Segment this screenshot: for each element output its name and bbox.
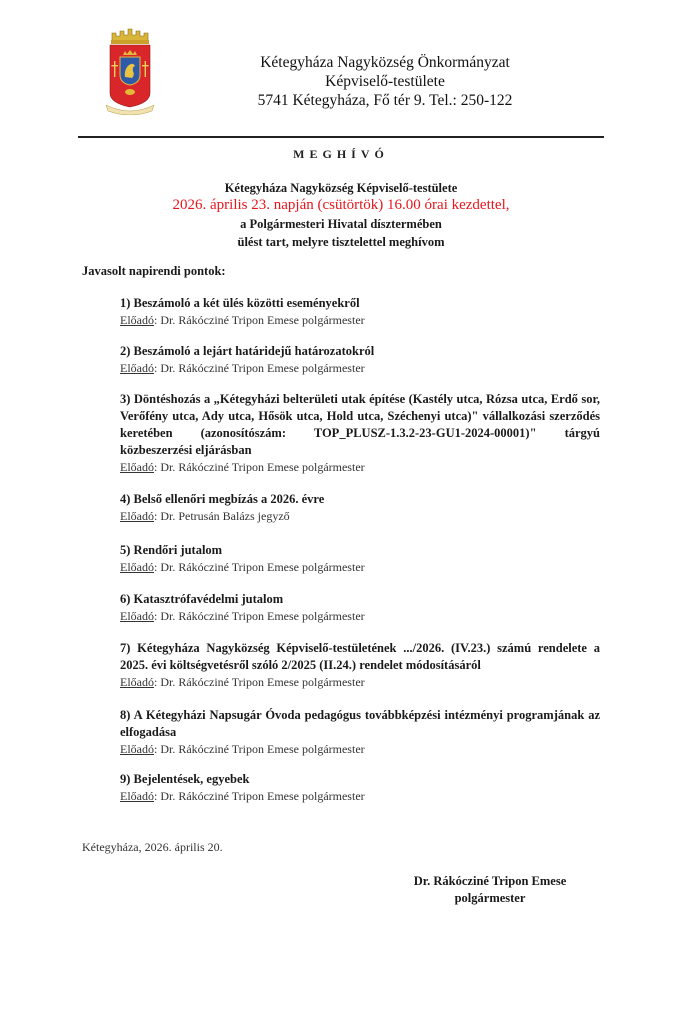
place-and-date: Kétegyháza, 2026. április 20.	[82, 840, 223, 855]
agenda-heading: Javasolt napirendi pontok:	[82, 264, 226, 279]
agenda-item-presenter: Előadó: Dr. Petrusán Balázs jegyző	[120, 508, 600, 524]
agenda-item-title: 7) Kétegyháza Nagyközség Képviselő-testü…	[120, 640, 600, 674]
signer-name: Dr. Rákócziné Tripon Emese	[380, 873, 600, 890]
agenda-item-presenter: Előadó: Dr. Rákócziné Tripon Emese polgá…	[120, 559, 600, 575]
agenda-item-title: 6) Katasztrófavédelmi jutalom	[120, 591, 600, 608]
agenda-item: 5) Rendőri jutalom Előadó: Dr. Rákócziné…	[120, 542, 600, 575]
agenda-item-presenter: Előadó: Dr. Rákócziné Tripon Emese polgá…	[120, 312, 600, 328]
invitation-line-1: Kétegyháza Nagyközség Képviselő-testület…	[100, 179, 582, 197]
agenda-item-presenter: Előadó: Dr. Rákócziné Tripon Emese polgá…	[120, 459, 600, 475]
org-address: 5741 Kétegyháza, Fő tér 9. Tel.: 250-122	[200, 91, 570, 111]
coat-of-arms-icon	[104, 27, 156, 115]
agenda-item: 8) A Kétegyházi Napsugár Óvoda pedagógus…	[120, 707, 600, 757]
org-body: Képviselő-testülete	[200, 72, 570, 92]
signature-block: Dr. Rákócziné Tripon Emese polgármester	[380, 873, 600, 907]
agenda-item: 7) Kétegyháza Nagyközség Képviselő-testü…	[120, 640, 600, 690]
agenda-item-title: 1) Beszámoló a két ülés közötti eseménye…	[120, 295, 600, 312]
agenda-item: 9) Bejelentések, egyebek Előadó: Dr. Rák…	[120, 771, 600, 804]
invitation-line-4: ülést tart, melyre tisztelettel meghívom	[100, 233, 582, 251]
agenda-item: 6) Katasztrófavédelmi jutalom Előadó: Dr…	[120, 591, 600, 624]
agenda-item: 1) Beszámoló a két ülés közötti eseménye…	[120, 295, 600, 328]
agenda-item: 3) Döntéshozás a „Kétegyházi belterületi…	[120, 391, 600, 475]
agenda-item-presenter: Előadó: Dr. Rákócziné Tripon Emese polgá…	[120, 741, 600, 757]
header-divider	[78, 136, 604, 138]
invitation-location: a Polgármesteri Hivatal dísztermében	[100, 215, 582, 233]
agenda-item-title: 3) Döntéshozás a „Kétegyházi belterületi…	[120, 391, 600, 459]
agenda-item: 2) Beszámoló a lejárt határidejű határoz…	[120, 343, 600, 376]
agenda-item-title: 8) A Kétegyházi Napsugár Óvoda pedagógus…	[120, 707, 600, 741]
agenda-item-presenter: Előadó: Dr. Rákócziné Tripon Emese polgá…	[120, 608, 600, 624]
signer-title: polgármester	[380, 890, 600, 907]
invitation-date-time: 2026. április 23. napján (csütörtök) 16.…	[100, 196, 582, 214]
agenda-item-title: 9) Bejelentések, egyebek	[120, 771, 600, 788]
agenda-item: 4) Belső ellenőri megbízás a 2026. évre …	[120, 491, 600, 524]
org-name: Kétegyháza Nagyközség Önkormányzat	[200, 53, 570, 73]
agenda-item-presenter: Előadó: Dr. Rákócziné Tripon Emese polgá…	[120, 674, 600, 690]
agenda-item-presenter: Előadó: Dr. Rákócziné Tripon Emese polgá…	[120, 788, 600, 804]
agenda-item-presenter: Előadó: Dr. Rákócziné Tripon Emese polgá…	[120, 360, 600, 376]
document-title: MEGHÍVÓ	[0, 147, 682, 162]
agenda-item-title: 4) Belső ellenőri megbízás a 2026. évre	[120, 491, 600, 508]
agenda-item-title: 5) Rendőri jutalom	[120, 542, 600, 559]
agenda-item-title: 2) Beszámoló a lejárt határidejű határoz…	[120, 343, 600, 360]
